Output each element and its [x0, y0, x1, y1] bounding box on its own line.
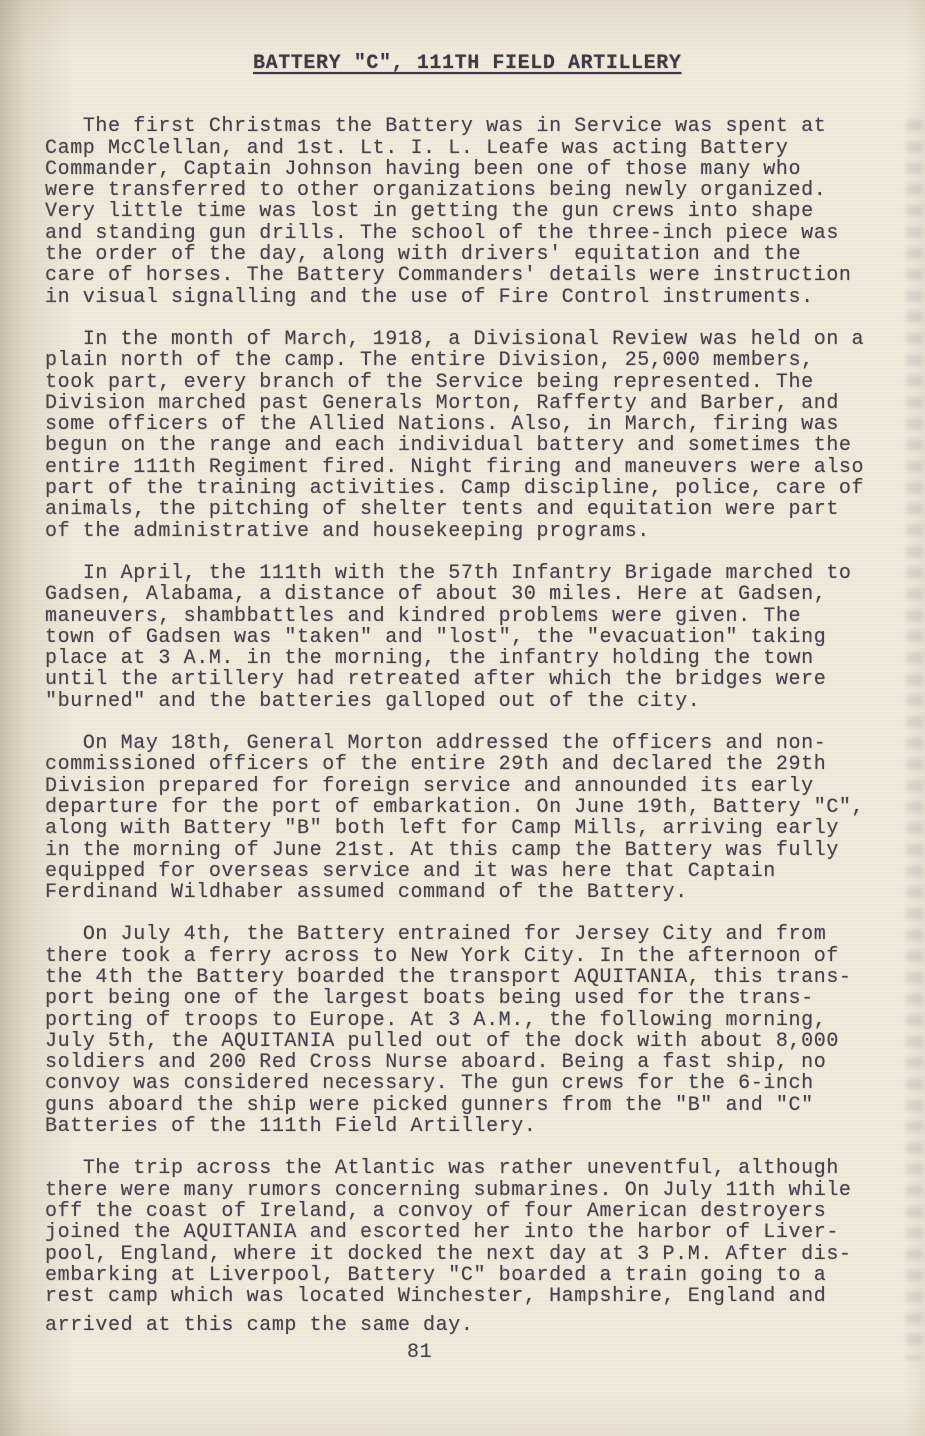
paragraph-april-gadsen-march: In April, the 111th with the 57th Infant… — [45, 563, 925, 712]
page-number: 81 — [45, 1342, 925, 1363]
paragraph-march-1918-divisional-review: In the month of March, 1918, a Divisiona… — [45, 329, 925, 542]
document-page: BATTERY "C", 111TH FIELD ARTILLERY The f… — [0, 0, 925, 1436]
paragraph-may-general-morton-camp-mills: On May 18th, General Morton addressed th… — [45, 733, 925, 903]
paragraph-atlantic-crossing-liverpool: The trip across the Atlantic was rather … — [45, 1158, 925, 1307]
closing-line: arrived at this camp the same day. — [45, 1315, 925, 1336]
paragraph-july-aquitania-departure: On July 4th, the Battery entrained for J… — [45, 924, 925, 1137]
paragraph-christmas-camp-mcclellan: The first Christmas the Battery was in S… — [45, 116, 925, 308]
page-title: BATTERY "C", 111TH FIELD ARTILLERY — [253, 0, 681, 74]
